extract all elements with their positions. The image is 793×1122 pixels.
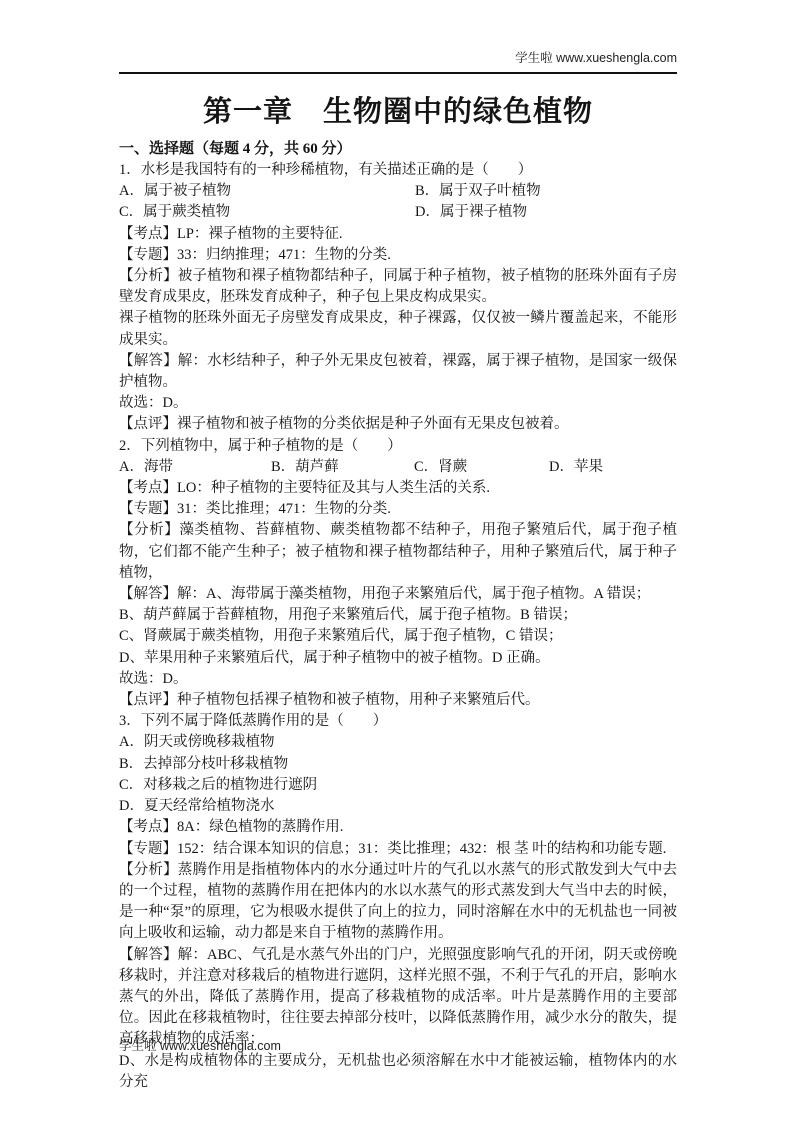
question-3-jieda-d: D、水是构成植物体的主要成分，无机盐也必须溶解在水中才能被运输，植物体内的水分充 <box>119 1051 677 1093</box>
question-2-jieda-d: D、苹果用种子来繁殖后代，属于种子植物中的被子植物。D 正确。 <box>119 648 677 669</box>
document-page: 学生啦 www.xueshengla.com 第一章 生物圈中的绿色植物 一、选… <box>0 0 793 1122</box>
footer-site-label: 学生啦 www.xueshengla.com <box>119 1039 281 1053</box>
question-1-fenxi: 【分析】被子植物和裸子植物都结种子，同属于种子植物，被子植物的胚珠外面有子房壁发… <box>119 266 677 308</box>
question-2-options-row: A．海带 B．葫芦藓 C．肾蕨 D．苹果 <box>119 457 677 478</box>
question-1-option-d: D．属于裸子植物 <box>415 202 527 223</box>
document-content: 第一章 生物圈中的绿色植物 一、选择题（每题 4 分，共 60 分） 1．水杉是… <box>119 84 677 1093</box>
question-3-jieda: 【解答】解：ABC、气孔是水蒸气外出的门户，光照强度影响气孔的开闭，阴天或傍晚移… <box>119 945 677 1051</box>
document-body: 1．水杉是我国特有的一种珍稀植物，有关描述正确的是（ ） A．属于被子植物 B．… <box>119 160 677 1093</box>
question-3-zhuanti: 【专题】152：结合课本知识的信息；31：类比推理；432：根 茎 叶的结构和功… <box>119 839 677 860</box>
question-2-jieda-b: B、葫芦藓属于苔藓植物，用孢子来繁殖后代，属于孢子植物。B 错误； <box>119 605 677 626</box>
question-3-option-d: D．夏天经常给植物浇水 <box>119 796 677 817</box>
question-2-kaodian: 【考点】LO：种子植物的主要特征及其与人类生活的关系. <box>119 478 677 499</box>
question-3-option-b: B．去掉部分枝叶移栽植物 <box>119 754 677 775</box>
question-1-zhuanti: 【专题】33：归纳推理；471：生物的分类. <box>119 245 677 266</box>
question-3-stem: 3．下列不属于降低蒸腾作用的是（ ） <box>119 711 677 732</box>
question-2-jieda-c: C、肾蕨属于蕨类植物，用孢子来繁殖后代，属于孢子植物，C 错误； <box>119 626 677 647</box>
question-2-option-a: A．海带 <box>119 457 271 478</box>
question-3-option-a: A．阴天或傍晚移栽植物 <box>119 732 677 753</box>
question-1-option-c: C．属于蕨类植物 <box>119 202 415 223</box>
question-3-kaodian: 【考点】8A：绿色植物的蒸腾作用. <box>119 817 677 838</box>
question-2-option-d: D．苹果 <box>549 457 603 478</box>
question-2-dianping: 【点评】种子植物包括裸子植物和被子植物，用种子来繁殖后代。 <box>119 690 677 711</box>
question-2-option-c: C．肾蕨 <box>414 457 549 478</box>
question-2-option-b: B．葫芦藓 <box>271 457 414 478</box>
question-1-option-a: A．属于被子植物 <box>119 181 415 202</box>
question-3-fenxi: 【分析】蒸腾作用是指植物体内的水分通过叶片的气孔以水蒸气的形式散发到大气中去的一… <box>119 860 677 945</box>
document-title: 第一章 生物圈中的绿色植物 <box>119 92 677 132</box>
question-2-stem: 2．下列植物中，属于种子植物的是（ ） <box>119 436 677 457</box>
question-1-kaodian: 【考点】LP：裸子植物的主要特征. <box>119 224 677 245</box>
question-2-answer: 故选：D。 <box>119 669 677 690</box>
question-1-option-b: B．属于双子叶植物 <box>415 181 541 202</box>
question-2-jieda-a: 【解答】解：A、海带属于藻类植物，用孢子来繁殖后代，属于孢子植物。A 错误； <box>119 584 677 605</box>
question-1-jieda: 【解答】解：水杉结种子，种子外无果皮包被着，裸露，属于裸子植物，是国家一级保护植… <box>119 351 677 393</box>
page-header: 学生啦 www.xueshengla.com <box>119 50 677 74</box>
question-1-fenxi-cont: 裸子植物的胚珠外面无子房壁发育成果皮，种子裸露，仅仅被一鳞片覆盖起来，不能形成果… <box>119 308 677 350</box>
question-1-options-row-2: C．属于蕨类植物 D．属于裸子植物 <box>119 202 677 223</box>
question-1-dianping: 【点评】裸子植物和被子植物的分类依据是种子外面有无果皮包被着。 <box>119 414 677 435</box>
page-footer: 学生啦 www.xueshengla.com <box>119 1038 281 1054</box>
question-1-stem: 1．水杉是我国特有的一种珍稀植物，有关描述正确的是（ ） <box>119 160 677 181</box>
header-site-label: 学生啦 www.xueshengla.com <box>515 51 677 65</box>
question-1: 1．水杉是我国特有的一种珍稀植物，有关描述正确的是（ ） A．属于被子植物 B．… <box>119 160 677 436</box>
question-3: 3．下列不属于降低蒸腾作用的是（ ） A．阴天或傍晚移栽植物 B．去掉部分枝叶移… <box>119 711 677 1093</box>
question-2-fenxi: 【分析】藻类植物、苔藓植物、蕨类植物都不结种子，用孢子繁殖后代，属于孢子植物，它… <box>119 520 677 584</box>
question-3-option-c: C．对移栽之后的植物进行遮阴 <box>119 775 677 796</box>
question-1-answer: 故选：D。 <box>119 393 677 414</box>
section-heading: 一、选择题（每题 4 分，共 60 分） <box>119 138 677 160</box>
question-2: 2．下列植物中，属于种子植物的是（ ） A．海带 B．葫芦藓 C．肾蕨 D．苹果… <box>119 436 677 712</box>
question-1-options-row-1: A．属于被子植物 B．属于双子叶植物 <box>119 181 677 202</box>
question-2-zhuanti: 【专题】31：类比推理；471：生物的分类. <box>119 499 677 520</box>
